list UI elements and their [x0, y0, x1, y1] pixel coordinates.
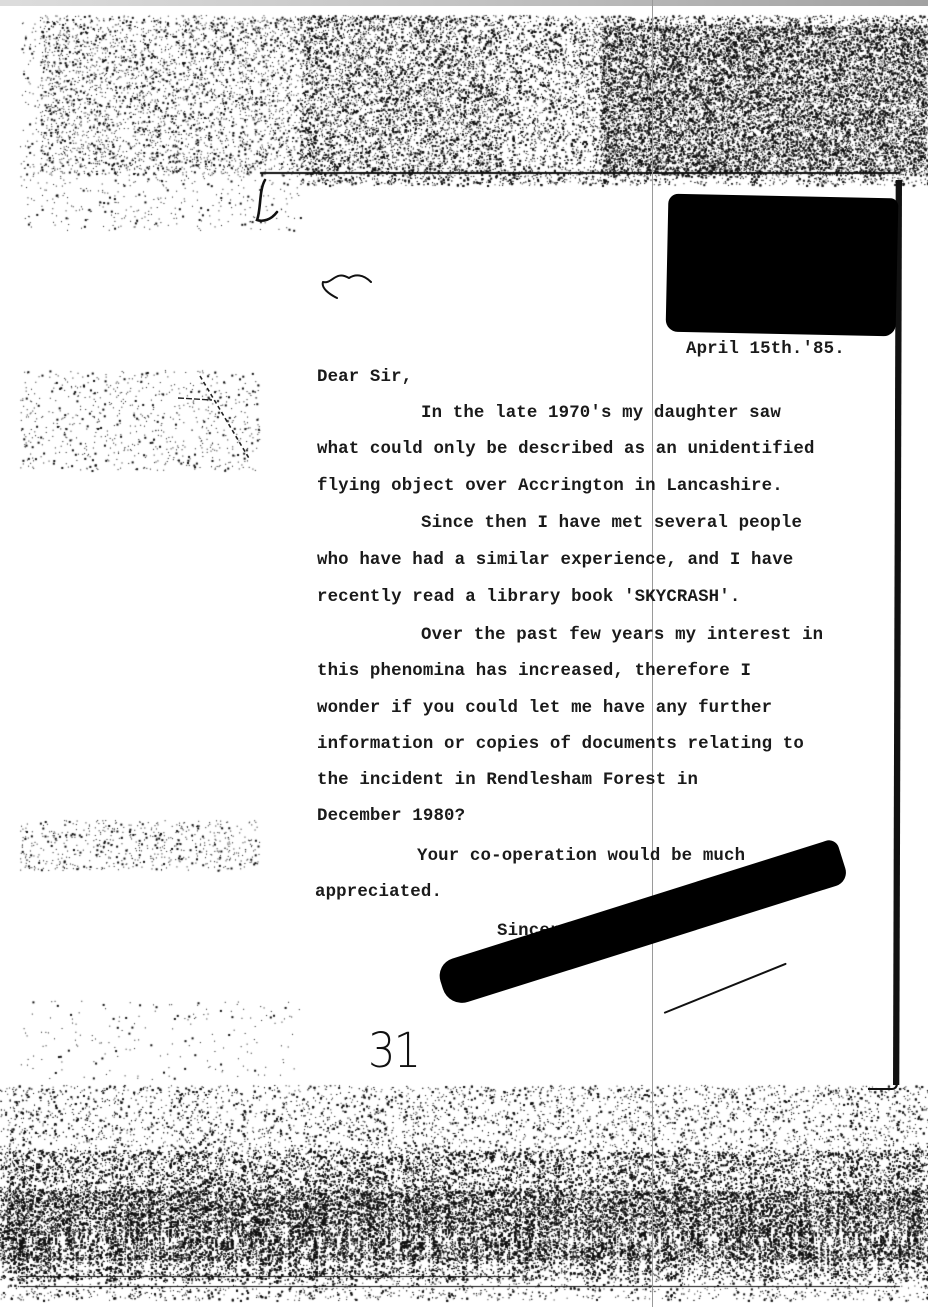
body-line: what could only be described as an unide… — [317, 441, 815, 458]
page-top-edge — [0, 0, 928, 6]
redacted-sender-address — [666, 194, 899, 337]
sheet-bottom-edge — [868, 1082, 898, 1090]
body-line: Over the past few years my interest in — [421, 627, 823, 644]
body-line: who have had a similar experience, and I… — [317, 552, 793, 569]
fold-line — [652, 0, 653, 1307]
body-line: wonder if you could let me have any furt… — [317, 700, 772, 717]
handwritten-page-number: 31 — [368, 1023, 419, 1079]
handwritten-scribble-mark — [255, 170, 375, 300]
body-line: appreciated. — [315, 884, 442, 901]
body-line: Your co-operation would be much — [417, 848, 745, 865]
body-line: December 1980? — [317, 808, 465, 825]
body-line: the incident in Rendlesham Forest in — [317, 772, 698, 789]
letter-date: April 15th.'85. — [686, 341, 845, 358]
body-line: recently read a library book 'SKYCRASH'. — [317, 589, 740, 606]
handwritten-slash-mark — [178, 368, 258, 468]
body-line: information or copies of documents relat… — [317, 736, 804, 753]
letter-salutation: Dear Sir, — [317, 369, 412, 386]
body-line: flying object over Accrington in Lancash… — [317, 478, 783, 495]
body-line: this phenomina has increased, therefore … — [317, 663, 751, 680]
body-line: In the late 1970's my daughter saw — [421, 405, 781, 422]
body-line: Since then I have met several people — [421, 515, 802, 532]
